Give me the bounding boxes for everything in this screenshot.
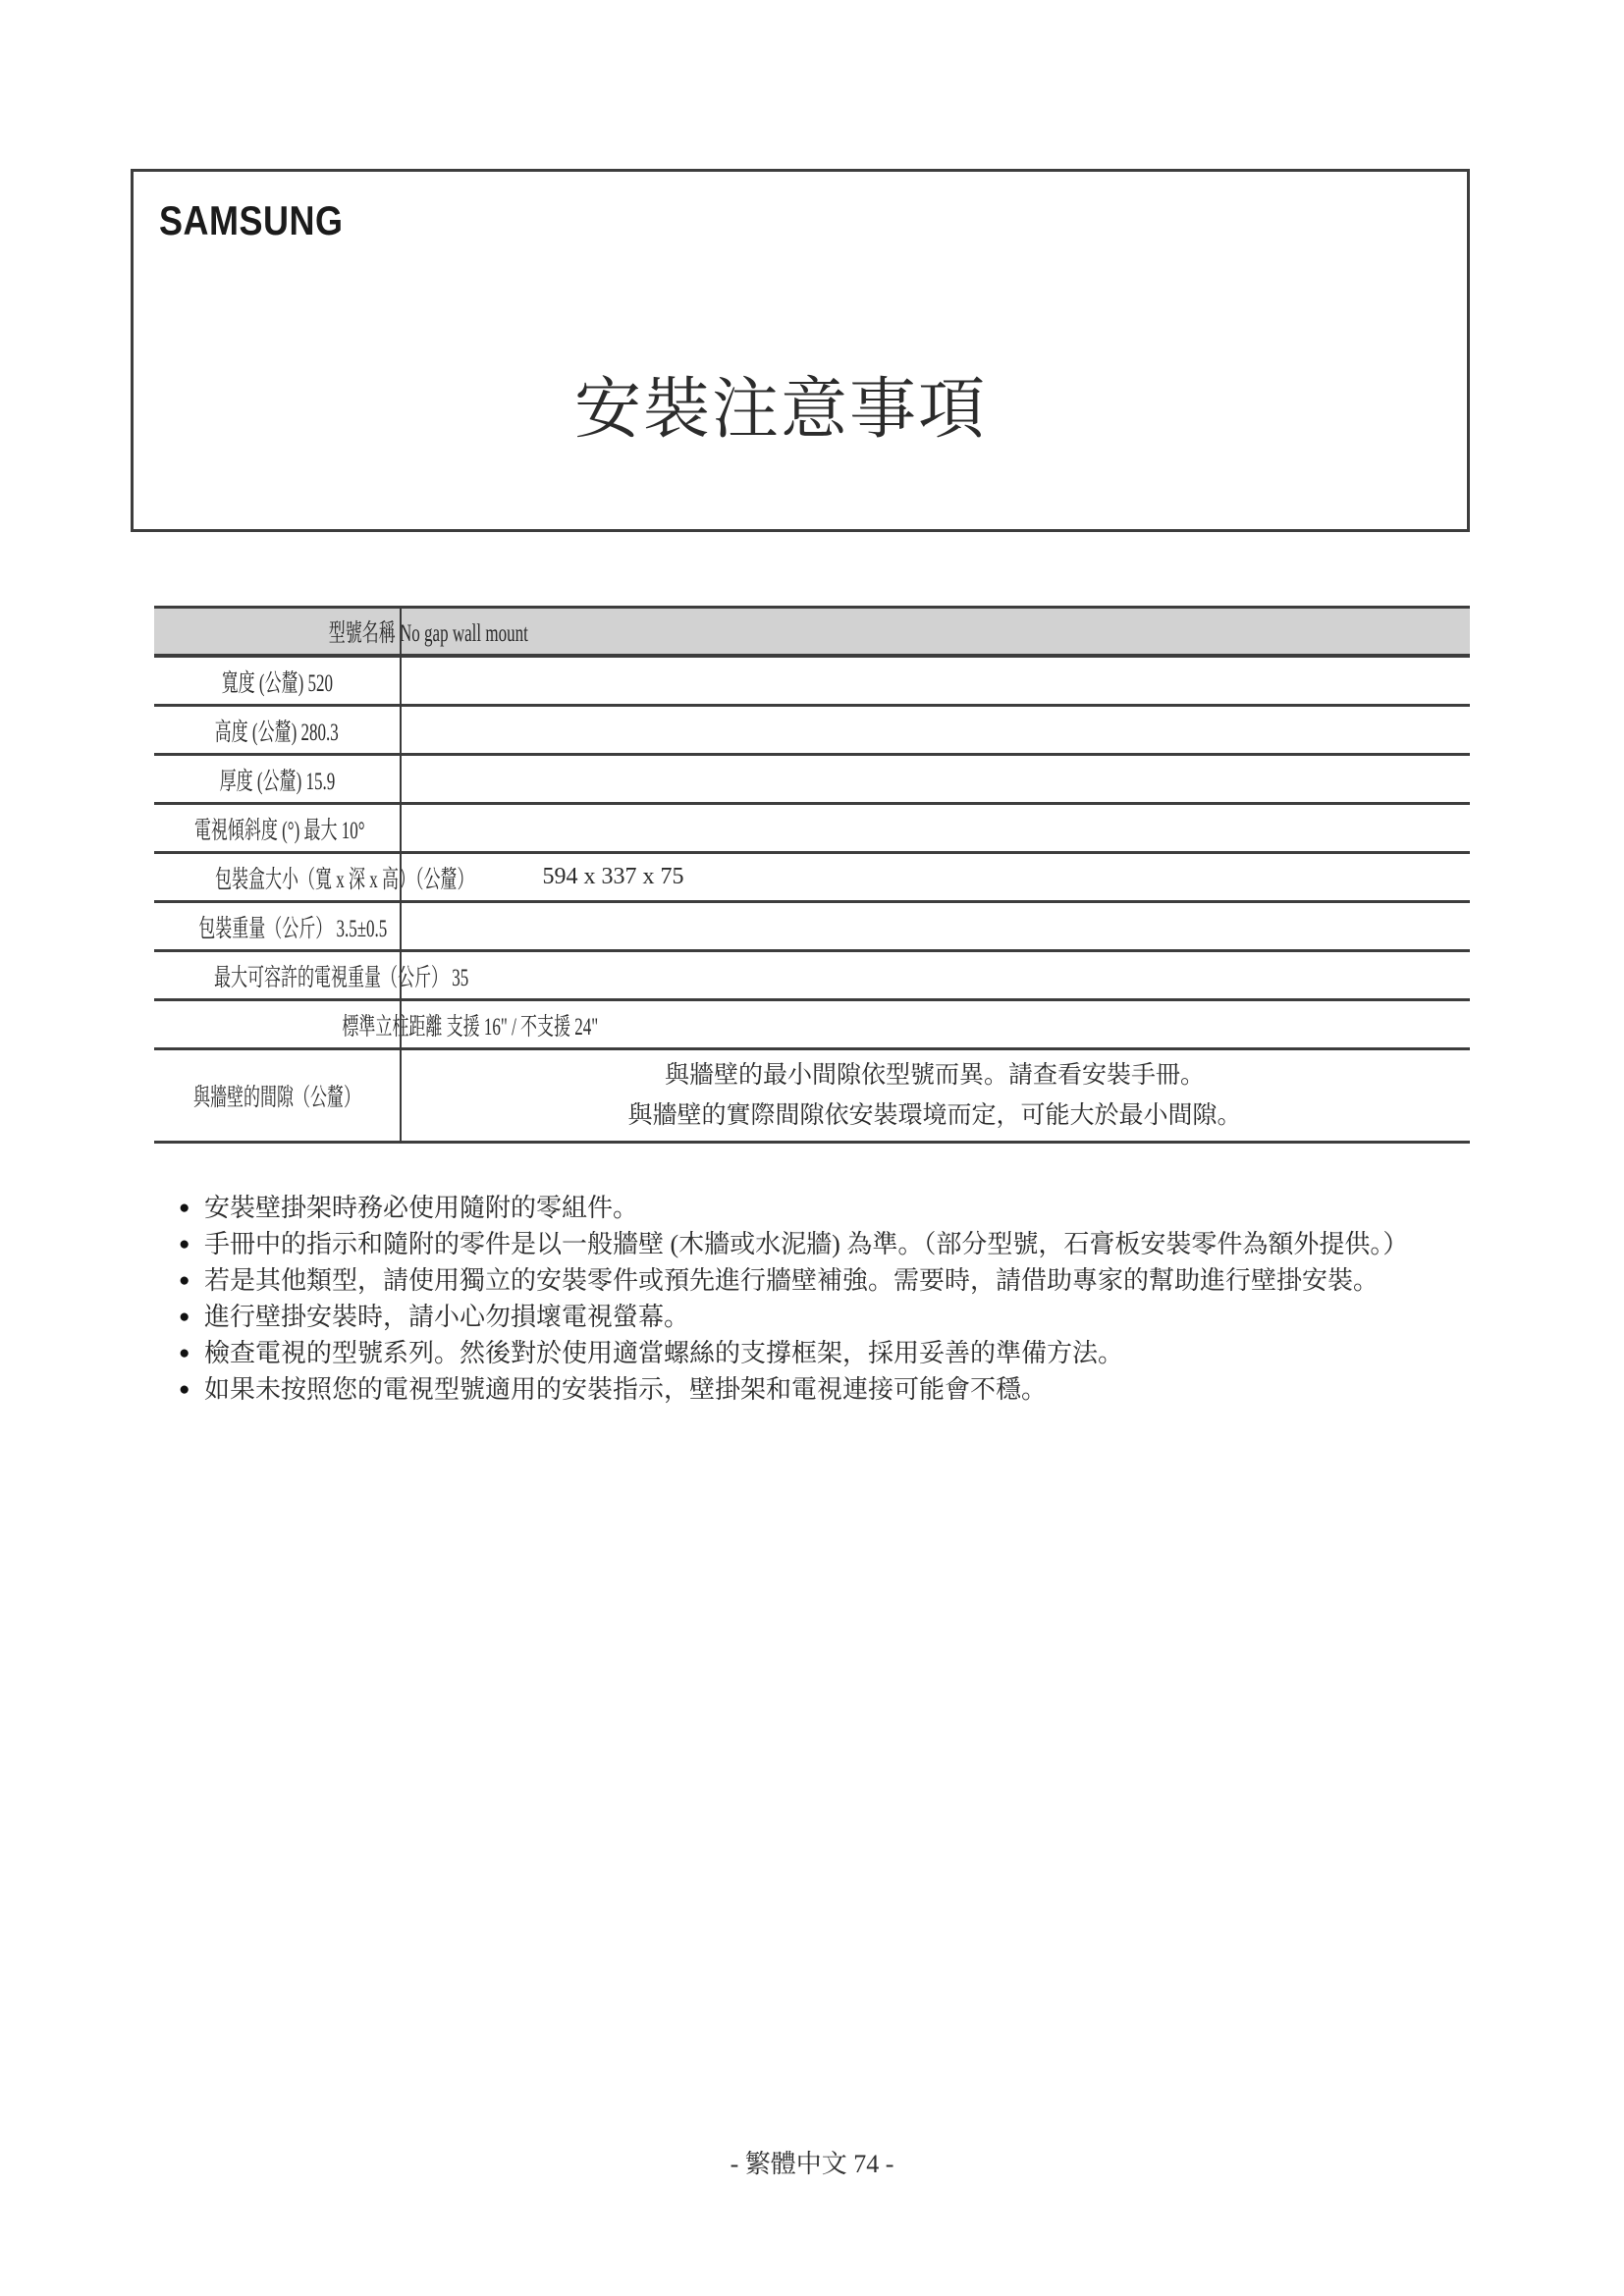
row-label: 標準立柱距離 支援 16" / 不支援 24": [154, 1007, 659, 1042]
table-row-stud-distance: 標準立柱距離 支援 16" / 不支援 24": [154, 1001, 1470, 1050]
row-label: 電視傾斜度 (°) 最大 10°: [154, 811, 405, 846]
title-frame: SAMSUNG 安裝注意事項: [131, 169, 1470, 532]
table-row-tilt: 電視傾斜度 (°) 最大 10°: [154, 805, 1470, 854]
note-item: ● 如果未按照您的電視型號適用的安裝指示，壁掛架和電視連接可能會不穩。: [179, 1371, 1465, 1408]
table-row-height: 高度 (公釐) 280.3: [154, 707, 1470, 756]
row-label: 厚度 (公釐) 15.9: [154, 762, 400, 797]
bullet-icon: ●: [179, 1371, 204, 1408]
wall-gap-line-1: 與牆壁的最小間隙依型號而異。請查看安裝手冊。: [400, 1055, 1470, 1095]
row-label: 寬度 (公釐) 520: [154, 664, 400, 699]
table-row-width: 寬度 (公釐) 520: [154, 658, 1470, 707]
table-row-max-tv-weight: 最大可容許的電視重量（公斤） 35: [154, 952, 1470, 1001]
row-label: 包裝盒大小（寬 x 深 x 高）（公釐）: [154, 860, 535, 895]
note-text: 進行壁掛安裝時，請小心勿損壞電視螢幕。: [204, 1299, 689, 1335]
note-text: 手冊中的指示和隨附的零件是以一般牆壁 (木牆或水泥牆) 為準。（部分型號，石膏板…: [204, 1226, 1408, 1262]
note-text: 檢查電視的型號系列。然後對於使用適當螺絲的支撐框架，採用妥善的準備方法。: [204, 1335, 1123, 1371]
table-row-model-name: 型號名稱 No gap wall mount: [154, 609, 1470, 658]
table-row-package-size: 包裝盒大小（寬 x 深 x 高）（公釐） 594 x 337 x 75: [154, 854, 1470, 903]
table-row-wall-gap: 與牆壁的間隙（公釐） 與牆壁的最小間隙依型號而異。請查看安裝手冊。 與牆壁的實際…: [154, 1050, 1470, 1144]
row-label: 型號名稱 No gap wall mount: [154, 614, 575, 649]
table-column-divider: [400, 609, 402, 1144]
row-label: 高度 (公釐) 280.3: [154, 713, 400, 748]
note-item: ● 安裝壁掛架時務必使用隨附的零組件。: [179, 1190, 1465, 1226]
bullet-icon: ●: [179, 1299, 204, 1335]
spec-table: 型號名稱 No gap wall mount 寬度 (公釐) 520 高度 (公…: [154, 606, 1470, 1144]
page-footer: - 繁體中文 74 -: [0, 2144, 1624, 2180]
note-text: 安裝壁掛架時務必使用隨附的零組件。: [204, 1190, 638, 1226]
note-item: ● 進行壁掛安裝時，請小心勿損壞電視螢幕。: [179, 1299, 1465, 1335]
note-text: 如果未按照您的電視型號適用的安裝指示，壁掛架和電視連接可能會不穩。: [204, 1371, 1047, 1408]
note-item: ● 若是其他類型，請使用獨立的安裝零件或預先進行牆壁補強。需要時，請借助專家的幫…: [179, 1262, 1465, 1299]
row-label: 最大可容許的電視重量（公斤） 35: [154, 958, 528, 993]
page-title: 安裝注意事項: [134, 356, 1428, 452]
manual-page: { "page": { "brand": "SAMSUNG", "title":…: [0, 0, 1624, 2296]
table-row-package-weight: 包裝重量（公斤） 3.5±0.5: [154, 903, 1470, 952]
row-value: 與牆壁的最小間隙依型號而異。請查看安裝手冊。 與牆壁的實際間隙依安裝環境而定，可…: [400, 1050, 1470, 1141]
note-item: ● 檢查電視的型號系列。然後對於使用適當螺絲的支撐框架，採用妥善的準備方法。: [179, 1335, 1465, 1371]
wall-gap-line-2: 與牆壁的實際間隙依安裝環境而定，可能大於最小間隙。: [400, 1095, 1470, 1136]
table-row-depth: 厚度 (公釐) 15.9: [154, 756, 1470, 805]
bullet-icon: ●: [179, 1190, 204, 1226]
bullet-icon: ●: [179, 1335, 204, 1371]
bullet-icon: ●: [179, 1226, 204, 1262]
installation-notes: ● 安裝壁掛架時務必使用隨附的零組件。 ● 手冊中的指示和隨附的零件是以一般牆壁…: [179, 1190, 1465, 1408]
row-label: 與牆壁的間隙（公釐）: [154, 1078, 400, 1113]
row-label: 包裝重量（公斤） 3.5±0.5: [154, 909, 431, 944]
note-item: ● 手冊中的指示和隨附的零件是以一般牆壁 (木牆或水泥牆) 為準。（部分型號，石…: [179, 1226, 1465, 1262]
row-value: 594 x 337 x 75: [535, 864, 1470, 890]
bullet-icon: ●: [179, 1262, 204, 1299]
note-text: 若是其他類型，請使用獨立的安裝零件或預先進行牆壁補強。需要時，請借助專家的幫助進…: [204, 1262, 1379, 1299]
samsung-logo: SAMSUNG: [159, 197, 344, 244]
